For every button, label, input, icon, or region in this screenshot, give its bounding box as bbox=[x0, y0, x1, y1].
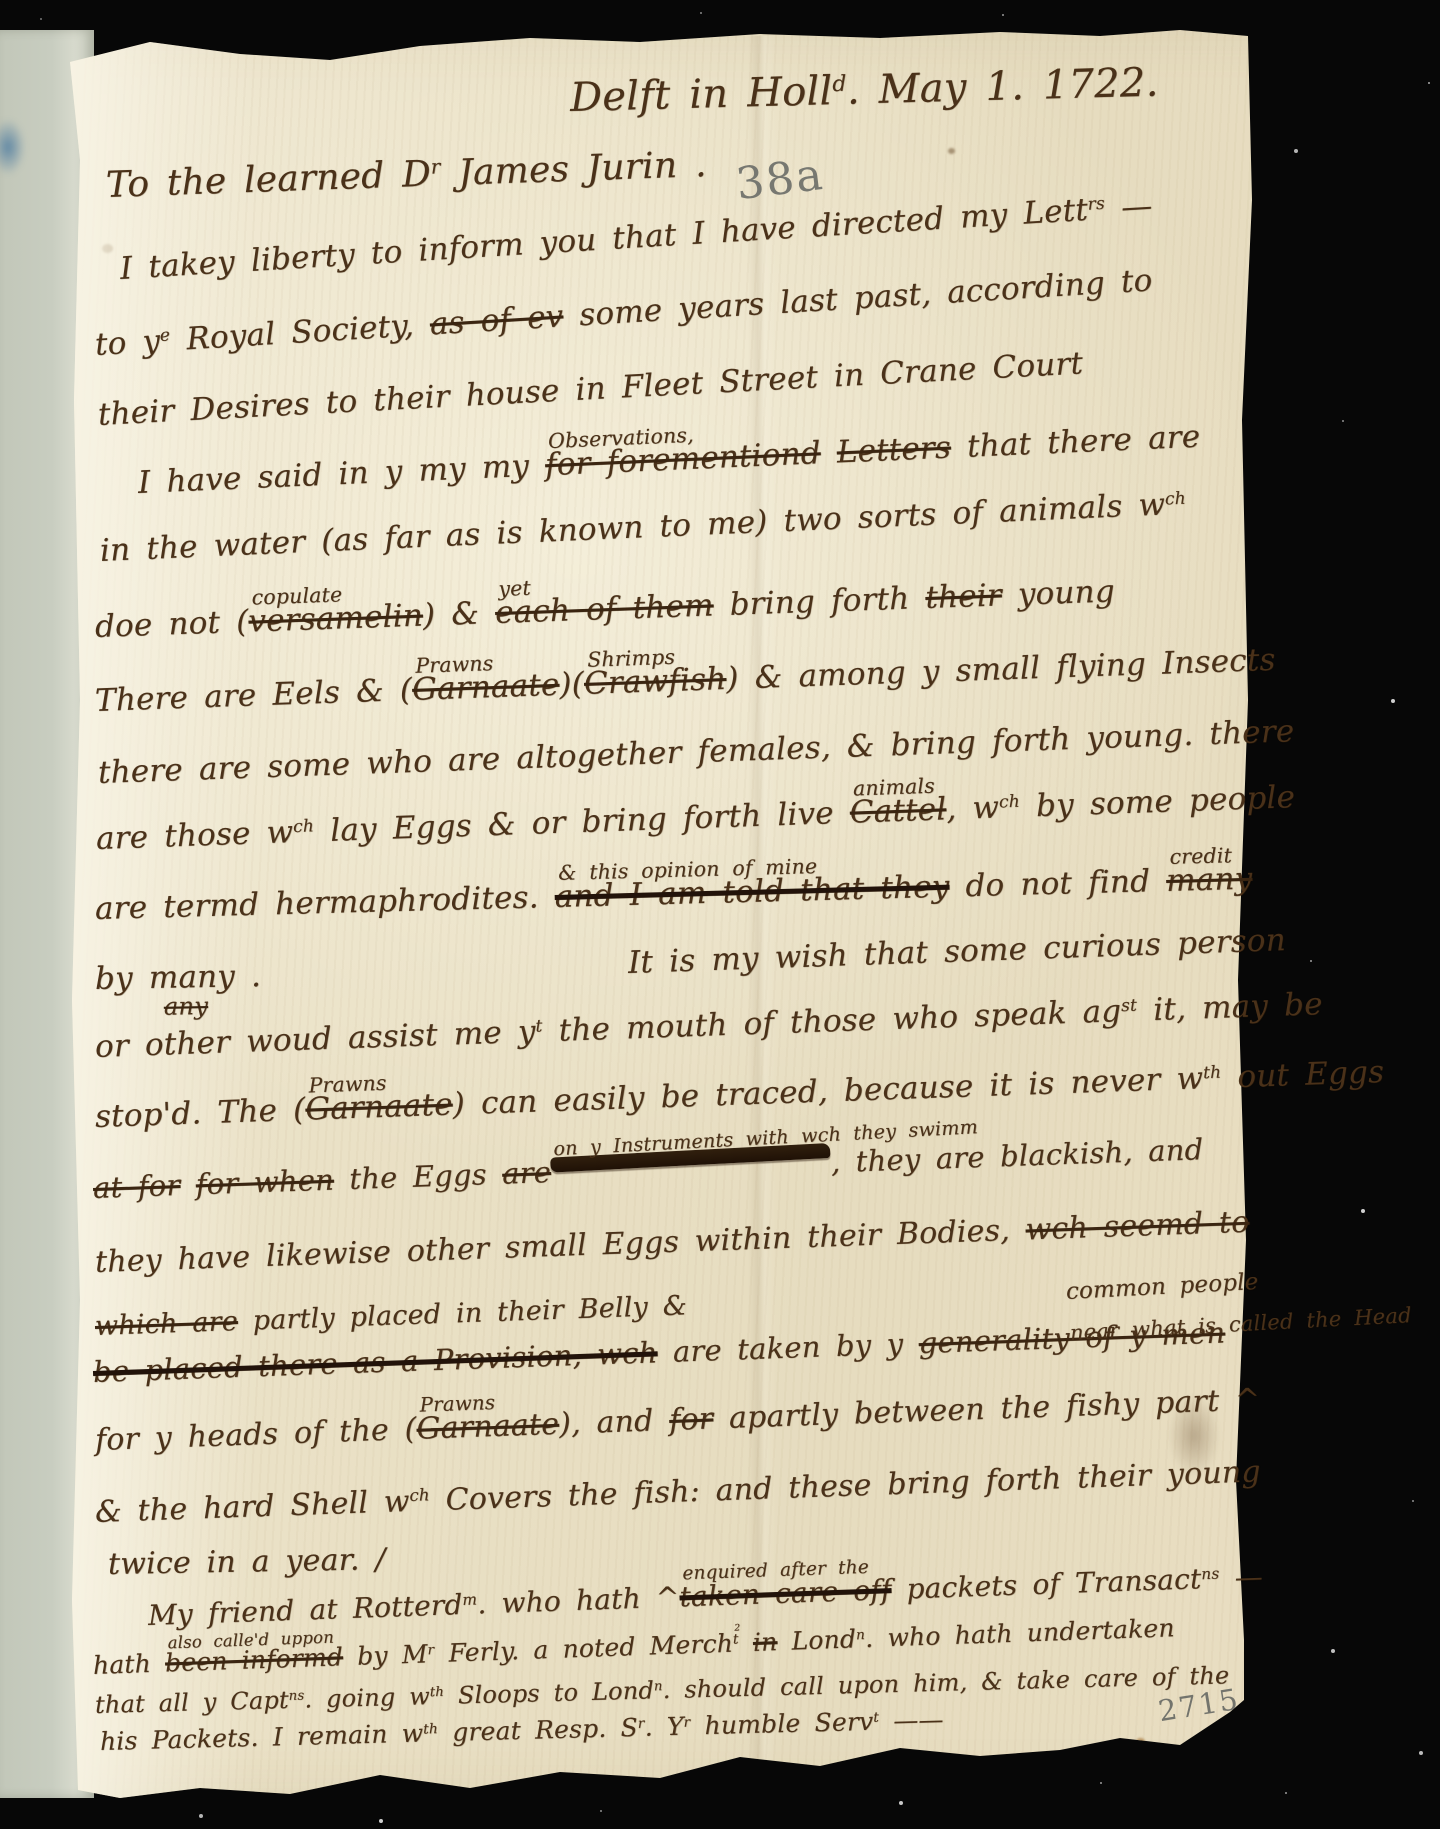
interlinear-insertion: & this opinion of mine bbox=[558, 855, 818, 885]
interlinear-insertion: copulate bbox=[251, 583, 342, 609]
interlinear-insertion: Prawns bbox=[308, 1071, 387, 1097]
body-line: they have likewise other small Eggs with… bbox=[94, 1206, 1250, 1280]
letter-text-layer: Delft in Holld. May 1. 1722.To the learn… bbox=[0, 0, 1440, 1829]
body-line: their Desires to their house in Fleet St… bbox=[97, 346, 1084, 432]
interlinear-insertion: Observations, bbox=[548, 423, 695, 452]
interlinear-insertion: Prawns bbox=[419, 1392, 495, 1417]
interlinear-insertion: credit bbox=[1169, 844, 1232, 869]
salutation: To the learned Dr James Jurin . bbox=[105, 145, 707, 206]
body-line: are termd hermaphrodites. and I am told … bbox=[95, 862, 1253, 927]
interlinear-insertion: also calle'd uppon bbox=[167, 1628, 334, 1652]
body-line: by manyany . bbox=[95, 959, 262, 997]
interlinear-insertion: common people bbox=[1065, 1270, 1259, 1306]
body-line: which are partly placed in their Belly & bbox=[94, 1291, 687, 1342]
body-line: or other woud assist me yt the mouth of … bbox=[94, 987, 1323, 1065]
interlinear-insertion: Prawns bbox=[415, 652, 494, 678]
struck-word-below: any bbox=[164, 993, 209, 1021]
body-line: There are Eels & (GarnaatePrawns)(Crawfi… bbox=[94, 643, 1276, 719]
interlinear-insertion: animals bbox=[853, 774, 936, 800]
body-line: at for for when the Eggs are on y Instru… bbox=[92, 1133, 1203, 1204]
pencil-catalog-number: 38a bbox=[733, 149, 827, 210]
body-line: are those wch lay Eggs & or bring forth … bbox=[95, 780, 1295, 857]
body-line: there are some who are altogether female… bbox=[97, 714, 1294, 790]
body-line: It is my wish that some curious person bbox=[627, 923, 1286, 981]
body-line: I have said in y my my for forementiondO… bbox=[137, 420, 1201, 501]
interlinear-insertion: yet bbox=[498, 576, 531, 600]
ink-blot: on y Instruments with wch they swimm bbox=[550, 1143, 830, 1173]
interlinear-insertion: Shrimps bbox=[587, 645, 676, 671]
body-line: twice in a year. / bbox=[108, 1543, 386, 1581]
body-line: stop'd. The (GarnaatePrawns) can easily … bbox=[94, 1055, 1384, 1135]
interlinear-insertion: near what is called the Head bbox=[1069, 1304, 1412, 1345]
interlinear-insertion: enquired after the bbox=[682, 1558, 869, 1585]
dateline: Delft in Holld. May 1. 1722. bbox=[569, 61, 1159, 121]
body-line: for y heads of the (GarnaatePrawns), and… bbox=[94, 1383, 1260, 1457]
body-line: in the water (as far as is known to me) … bbox=[99, 487, 1187, 569]
body-line: & the hard Shell wch Covers the fish: an… bbox=[94, 1455, 1261, 1529]
body-line: doe not (versamelincopulate) & each of t… bbox=[94, 574, 1115, 644]
